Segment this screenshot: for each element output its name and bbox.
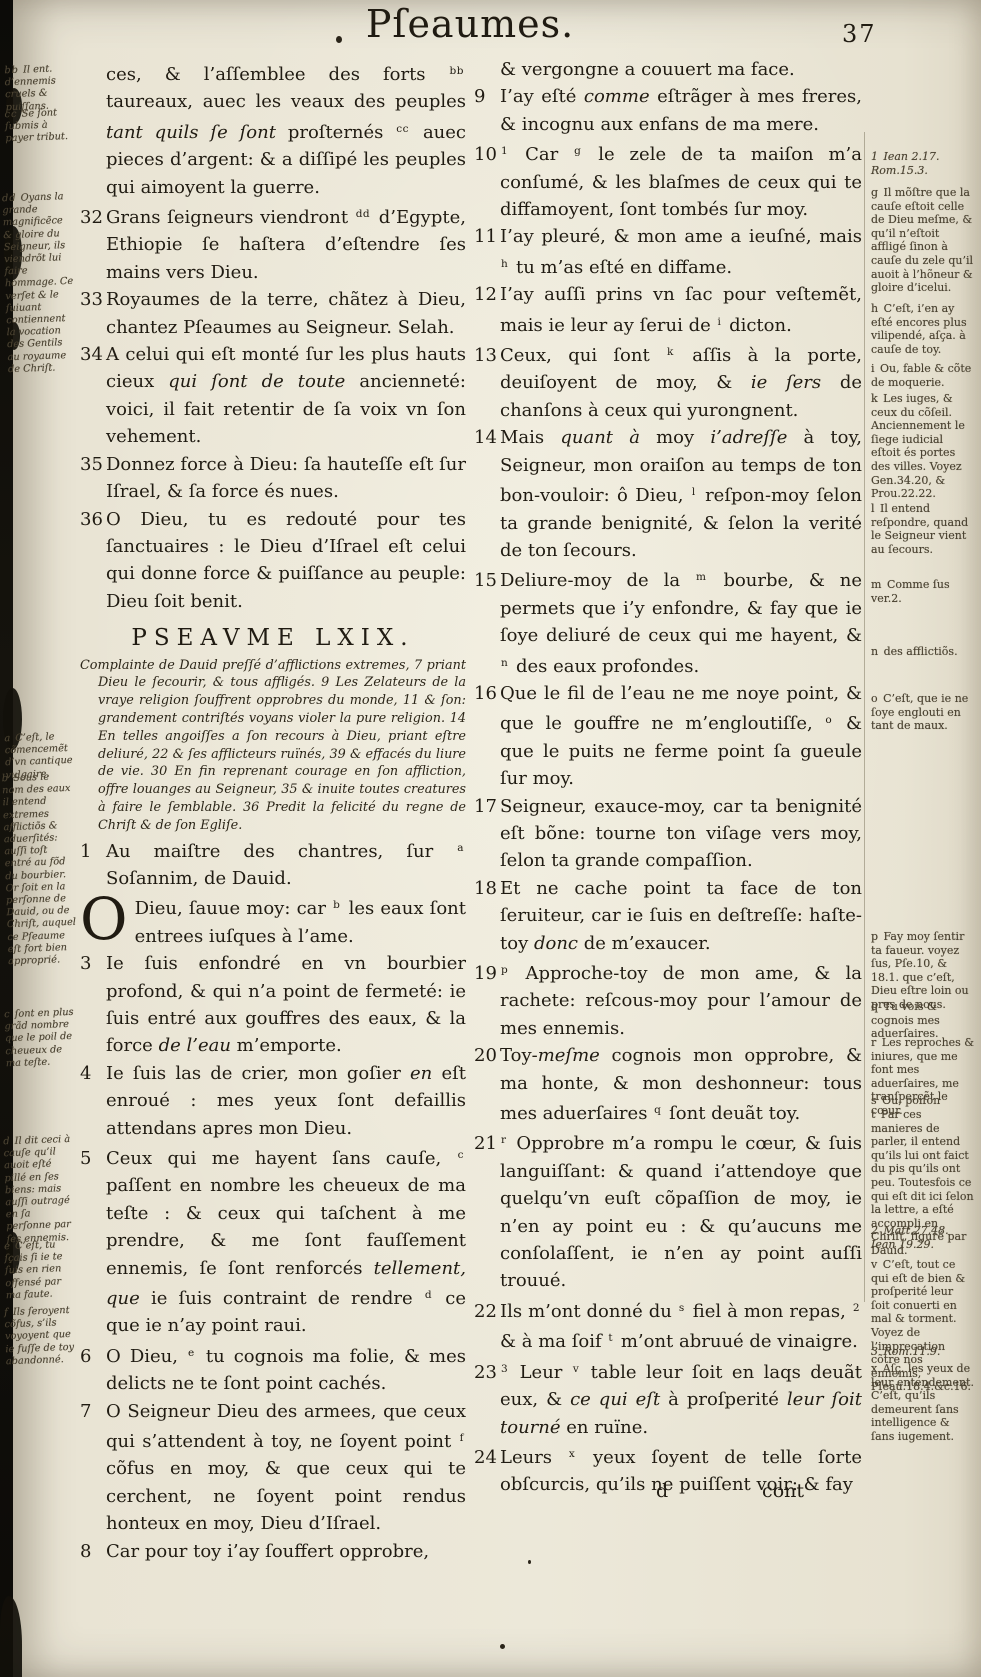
note-ref: cc — [396, 123, 409, 135]
verse: 21r Opprobre m’a rompu le cœur, & ſuis l… — [474, 1127, 862, 1294]
note-label: 1 — [871, 150, 884, 163]
verse: 20Toy-meſme cognois mon opprobre, & ma h… — [474, 1042, 862, 1127]
text-run: ie ſers — [751, 372, 821, 393]
note-ref: g — [574, 145, 581, 157]
note-ref: 1 — [501, 145, 508, 157]
text-run: O Dieu, tu es redouté pour tes ſanctuair… — [106, 509, 466, 612]
verse-number: 24 — [474, 1444, 500, 1471]
note-label: bb — [4, 65, 23, 77]
text-run: O Seigneur Dieu des armees, que ceux qui… — [106, 1401, 466, 1452]
verse-number: 7 — [80, 1398, 106, 1425]
margin-note: 1 Iean 2.17. Rom.15.3. — [871, 150, 975, 177]
text-run: I’ay auſſi prins vn ſac pour veſtemẽt, m… — [500, 284, 862, 335]
verse: 11I’ay pleuré, & mon ame a ieuſné, mais … — [474, 223, 862, 281]
psalm-heading: PSEAVME LXIX. — [80, 625, 466, 652]
text-run: moy — [640, 427, 710, 448]
note-text: Les iuges, & ceux du cõſeil. Anciennemen… — [871, 392, 965, 500]
margin-note: n des afflictiõs. — [871, 645, 975, 659]
note-text: Fay moy ſentir ta faueur. voyez ſus, Pſe… — [871, 930, 969, 1011]
note-ref: 3 — [501, 1363, 508, 1375]
text-run: de m’exaucer. — [578, 933, 711, 954]
note-label: r — [871, 1036, 882, 1049]
verse: 5Ceux qui me hayent ſans cauſe, c paſſen… — [80, 1142, 466, 1340]
margin-note: i Ou, fable & cõte de moquerie. — [871, 362, 975, 389]
note-label: l — [871, 502, 880, 515]
note-label: p — [871, 930, 884, 943]
text-run: Toy- — [500, 1045, 538, 1066]
margin-note: q Tu vois & cognois mes aduerſaires. — [871, 1000, 975, 1041]
verse-number: 14 — [474, 424, 500, 451]
ink-speck — [500, 1644, 505, 1649]
text-run: en — [410, 1063, 432, 1084]
note-ref: 2 — [853, 1302, 860, 1314]
text-run: ce qui eſt — [570, 1389, 660, 1410]
text-run: taureaux, auec les veaux des peuples — [106, 91, 466, 112]
note-label: m — [871, 578, 887, 591]
margin-rule — [864, 132, 865, 1302]
note-label: k — [871, 392, 883, 405]
note-ref: m — [696, 571, 706, 583]
margin-note: o C’eſt, que ie ne ſoye englouti en tant… — [871, 692, 975, 733]
verse-number: 36 — [80, 506, 106, 533]
note-ref: n — [501, 657, 508, 669]
catchword: cont — [762, 1480, 804, 1502]
verse-number: 34 — [80, 341, 106, 368]
verse-number: 18 — [474, 875, 500, 902]
note-text: ſont en plus grãd nombre que le poil de … — [4, 1007, 73, 1069]
text-run: à proſperité — [660, 1389, 787, 1410]
verse: 15Deliure-moy de la m bourbe, & ne perme… — [474, 564, 862, 680]
verse: 4Ie ſuis las de crier, mon goſier en eſt… — [80, 1060, 466, 1142]
verse: 36O Dieu, tu es redouté pour tes ſanctua… — [80, 506, 466, 616]
verse-number: 15 — [474, 567, 500, 594]
note-text: C’eſt, que ie ne ſoye englouti en tant d… — [871, 692, 968, 732]
verse: 13Ceux, qui ſont k aſſis à la porte, deu… — [474, 339, 862, 424]
text-run: Deliure-moy de la — [500, 570, 695, 591]
verse-number: 32 — [80, 204, 106, 231]
margin-note: x Aſç. les yeux de leur entendement. C’e… — [871, 1362, 975, 1444]
note-label: i — [871, 362, 880, 375]
note-label: 3 — [871, 1345, 884, 1358]
verse-number: 11 — [474, 223, 500, 250]
text-run: ces, & l’aſſemblee des forts — [106, 64, 449, 85]
note-label: cc — [4, 109, 21, 121]
text-run: quant à — [560, 427, 640, 448]
verse-continuation: & vergongne a couuert ma face. — [474, 56, 862, 83]
text-run: qui ſont de toute — [168, 371, 345, 392]
verse: 17Seigneur, exauce-moy, car ta benignité… — [474, 793, 862, 875]
text-run: ie ſuis contraint de rendre — [140, 1288, 424, 1309]
verse: 3Ie ſuis enfondré en vn bourbier profond… — [80, 950, 466, 1060]
note-ref: r — [501, 1134, 507, 1146]
book-page: Pſeaumes. 37 bb Il ent. d’ennemis cruels… — [0, 0, 981, 1677]
note-text: Sous le nom des eaux il entend extremes … — [2, 772, 76, 968]
note-ref: v — [573, 1363, 579, 1375]
text-run: Ceux, qui ſont — [500, 345, 666, 366]
left-margin-notes: bb Il ent. d’ennemis cruels & puiſſans.c… — [5, 0, 75, 1677]
text-run: m’ont abruué de vinaigre. — [615, 1331, 858, 1352]
left-text-column: ces, & l’aſſemblee des forts bb taureaux… — [80, 58, 466, 1565]
note-text: C’eſt, i’en ay eſté encores plus vilipen… — [871, 302, 967, 356]
verse-number: 8 — [80, 1538, 106, 1565]
text-run: & vergongne a couuert ma face. — [500, 59, 795, 80]
note-text: Ils ſeroyent cõfus, s’ils voyoyent que i… — [4, 1305, 74, 1367]
margin-note: dd Oyans la grande magnificẽce & gloire … — [2, 191, 78, 376]
verse: 35Donnez force à Dieu: ſa hauteſſe eſt ſ… — [80, 451, 466, 506]
note-label: d — [3, 1136, 15, 1147]
text-run: proſternés — [276, 122, 395, 143]
note-label: t — [871, 1108, 881, 1121]
verse: 22Ils m’ont donné du s fiel à mon repas,… — [474, 1295, 862, 1356]
right-margin-notes: 1 Iean 2.17. Rom.15.3.g Il mõſtre que la… — [871, 0, 975, 1677]
note-label: b — [2, 773, 14, 784]
note-label: h — [871, 302, 884, 315]
text-run: Dieu, ſauue moy: car — [135, 898, 333, 919]
text-run: tant quils ſe ſont — [106, 122, 276, 143]
text-run: Ceux qui me hayent ſans cauſe, — [106, 1148, 457, 1169]
note-text: Il entend reſpondre, quand le Seigneur v… — [871, 502, 968, 556]
verse-number: 22 — [474, 1298, 500, 1325]
text-run: Ils m’ont donné du — [500, 1301, 678, 1322]
verse-number: 1 — [80, 838, 106, 865]
verse: 16Que le fil de l’eau ne me noye point, … — [474, 680, 862, 793]
verse: 9I’ay eſté comme eſtrãger à mes freres, … — [474, 83, 862, 138]
verse: 12I’ay auſſi prins vn ſac pour veſtemẽt,… — [474, 281, 862, 339]
text-run: fiel à mon repas, — [687, 1301, 852, 1322]
text-run: meſme — [538, 1045, 600, 1066]
margin-note: f Ils ſeroyent cõfus, s’ils voyoyent que… — [4, 1305, 76, 1368]
text-run: Car pour toy i’ay ſouffert opprobre, — [106, 1541, 429, 1562]
note-ref: a — [457, 842, 464, 854]
verse: 101 Car g le zele de ta maiſon m’a conſu… — [474, 138, 862, 223]
note-ref: h — [501, 258, 508, 270]
verse-number: 12 — [474, 281, 500, 308]
text-run: de l’eau — [159, 1035, 231, 1056]
verse: 33Royaumes de la terre, chãtez à Dieu, c… — [80, 286, 466, 341]
note-ref: p — [501, 964, 508, 976]
text-run: Que le fil de l’eau ne me noye point, & … — [500, 683, 862, 734]
text-run: Soſannim, de Dauid. — [106, 868, 292, 889]
note-ref: o — [825, 714, 832, 726]
text-run: Opprobre m’a rompu le cœur, & ſuis langu… — [500, 1133, 862, 1291]
text-run: Donnez force à Dieu: ſa hauteſſe eſt ſur… — [106, 454, 466, 502]
note-label: o — [871, 692, 883, 705]
note-text: Il mõſtre que la cauſe eſtoit celle de D… — [871, 186, 973, 294]
margin-note: m Comme ſus ver.2. — [871, 578, 975, 605]
text-run: donc — [534, 933, 578, 954]
verse-number: 21 — [474, 1130, 500, 1157]
verse-number: 5 — [80, 1145, 106, 1172]
margin-note: cc Se ſont ſubmis à payer tribut. — [4, 107, 75, 146]
text-run: I’ay eſté — [500, 86, 584, 107]
signature-mark: d — [656, 1480, 668, 1502]
note-label: s — [871, 1094, 882, 1107]
ink-speck — [528, 1560, 531, 1564]
text-run: dicton. — [723, 315, 791, 336]
note-ref: s — [679, 1302, 685, 1314]
verse-number: 10 — [474, 141, 500, 168]
note-ref: t — [608, 1332, 613, 1344]
text-run: comme — [584, 86, 650, 107]
margin-note: k Les iuges, & ceux du cõſeil. Anciennem… — [871, 392, 975, 501]
verse-continuation: ces, & l’aſſemblee des forts bb taureaux… — [80, 58, 466, 201]
drop-cap: O — [80, 892, 135, 943]
right-text-column: & vergongne a couuert ma face.9I’ay eſté… — [474, 56, 862, 1499]
note-text: Rom.11.9. — [884, 1345, 941, 1358]
verse: 8Car pour toy i’ay ſouffert opprobre, — [80, 1538, 466, 1565]
note-label: f — [4, 1307, 13, 1318]
verse-number: 9 — [474, 83, 500, 110]
text-run: en ruïne. — [561, 1417, 649, 1438]
note-label: dd — [2, 193, 21, 205]
text-run: Approche-toy de mon ame, & la rachete: r… — [500, 963, 862, 1039]
verse-number: 19 — [474, 960, 500, 987]
note-text: Matt.27,48. Iean 19.29. — [871, 1224, 949, 1251]
note-label: a — [4, 733, 15, 744]
text-run: Seigneur, exauce-moy, car ta benignité e… — [500, 796, 862, 872]
text-run: Grans ſeigneurs viendront — [106, 207, 355, 228]
margin-note: s Ou, poiſon — [871, 1094, 975, 1108]
verse: 1Au maiſtre des chantres, ſur a Soſannim… — [80, 835, 466, 893]
note-text: Il dit ceci à cauſe qu’il auoit eſté pil… — [4, 1134, 72, 1245]
note-label: c — [4, 1009, 15, 1020]
margin-note: e C’eſt, tu ſçais ſi ie te ſuis en rien … — [4, 1239, 76, 1302]
text-run: ſont deuãt toy. — [663, 1103, 800, 1124]
note-label: v — [871, 1258, 883, 1271]
note-ref: x — [569, 1448, 575, 1460]
verse: 14Mais quant à moy i’adreſſe à toy, Seig… — [474, 424, 862, 564]
running-title: Pſeaumes. — [80, 2, 860, 46]
verse-number: 35 — [80, 451, 106, 478]
text-run: Car — [510, 144, 573, 165]
verse-number: 6 — [80, 1343, 106, 1370]
margin-note: c ſont en plus grãd nombre que le poil d… — [4, 1007, 76, 1070]
note-label: q — [871, 1000, 884, 1013]
note-ref: bb — [450, 65, 464, 77]
verse: 32Grans ſeigneurs viendront dd d’Egypte,… — [80, 201, 466, 286]
verse: 18Et ne cache point ta face de ton ſerui… — [474, 875, 862, 957]
note-text: Ou, fable & cõte de moquerie. — [871, 362, 971, 389]
verse: ODieu, ſauue moy: car b les eaux ſont en… — [80, 892, 466, 950]
note-ref: b — [333, 899, 340, 911]
verse-number: 23 — [474, 1359, 500, 1386]
text-run: O Dieu, — [106, 1346, 187, 1367]
margin-note: 2 Matt.27,48. Iean 19.29. — [871, 1224, 975, 1251]
note-ref: c — [458, 1149, 464, 1161]
note-ref: i — [717, 316, 721, 328]
note-label: 2 — [871, 1224, 884, 1237]
text-run: Mais — [500, 427, 560, 448]
margin-note: b Sous le nom des eaux il entend extreme… — [2, 771, 79, 969]
verse: 19p Approche-toy de mon ame, & la rachet… — [474, 957, 862, 1042]
text-run: I’ay pleuré, & mon ame a ieuſné, mais — [500, 226, 862, 247]
note-ref: l — [692, 486, 696, 498]
note-text: des afflictiõs. — [884, 645, 958, 658]
note-text: Aſç. les yeux de leur entendement. C’eſt… — [871, 1362, 974, 1443]
margin-note: d Il dit ceci à cauſe qu’il auoit eſté p… — [3, 1134, 77, 1246]
psalm-argument: Complainte de Dauid preſſé d’afflictions… — [80, 657, 466, 835]
note-label: g — [871, 186, 884, 199]
note-text: Ou, poiſon — [882, 1094, 940, 1107]
note-ref: f — [460, 1432, 464, 1444]
verse-number: 16 — [474, 680, 500, 707]
verse-number: 20 — [474, 1042, 500, 1069]
verse: 34A celui qui eſt monté ſur les plus hau… — [80, 341, 466, 451]
note-ref: dd — [356, 208, 370, 220]
margin-note: g Il mõſtre que la cauſe eſtoit celle de… — [871, 186, 975, 295]
text-run: i’adreſſe — [710, 427, 787, 448]
note-ref: k — [667, 346, 674, 358]
text-run: Leurs — [500, 1447, 568, 1468]
text-run: & à ma ſoif — [500, 1331, 607, 1352]
text-run: des eaux profondes. — [510, 656, 699, 677]
text-run: cõfus en moy, & que ceux qui te cerchent… — [106, 1458, 466, 1534]
note-ref: d — [425, 1289, 432, 1301]
verse-number: 3 — [80, 950, 106, 977]
margin-note: l Il entend reſpondre, quand le Seigneur… — [871, 502, 975, 556]
text-run: Ie ſuis las de crier, mon goſier — [106, 1063, 410, 1084]
margin-note: h C’eſt, i’en ay eſté encores plus vilip… — [871, 302, 975, 356]
text-run: tu m’as eſté en diffame. — [510, 257, 732, 278]
text-run: Royaumes de la terre, chãtez à Dieu, cha… — [106, 289, 466, 337]
verse-number: 13 — [474, 342, 500, 369]
margin-note: 3 Rom.11.9. — [871, 1345, 975, 1359]
text-run: Leur — [510, 1362, 572, 1383]
verse: 233 Leur v table leur ſoit en laqs deuãt… — [474, 1356, 862, 1441]
note-ref: q — [654, 1104, 661, 1116]
verse: 6O Dieu, e tu cognois ma folie, & mes de… — [80, 1340, 466, 1398]
verse-number: 33 — [80, 286, 106, 313]
text-run: m’emporte. — [231, 1035, 342, 1056]
verse-number: 17 — [474, 793, 500, 820]
verse-number: 4 — [80, 1060, 106, 1087]
note-ref: e — [188, 1347, 195, 1359]
note-label: x — [871, 1362, 883, 1375]
note-label: n — [871, 645, 884, 658]
verse: 7O Seigneur Dieu des armees, que ceux qu… — [80, 1398, 466, 1538]
text-run: Au maiſtre des chantres, ſur — [106, 841, 456, 862]
note-label: e — [4, 1241, 15, 1252]
note-text: Oyans la grande magnificẽce & gloire du … — [2, 191, 73, 375]
